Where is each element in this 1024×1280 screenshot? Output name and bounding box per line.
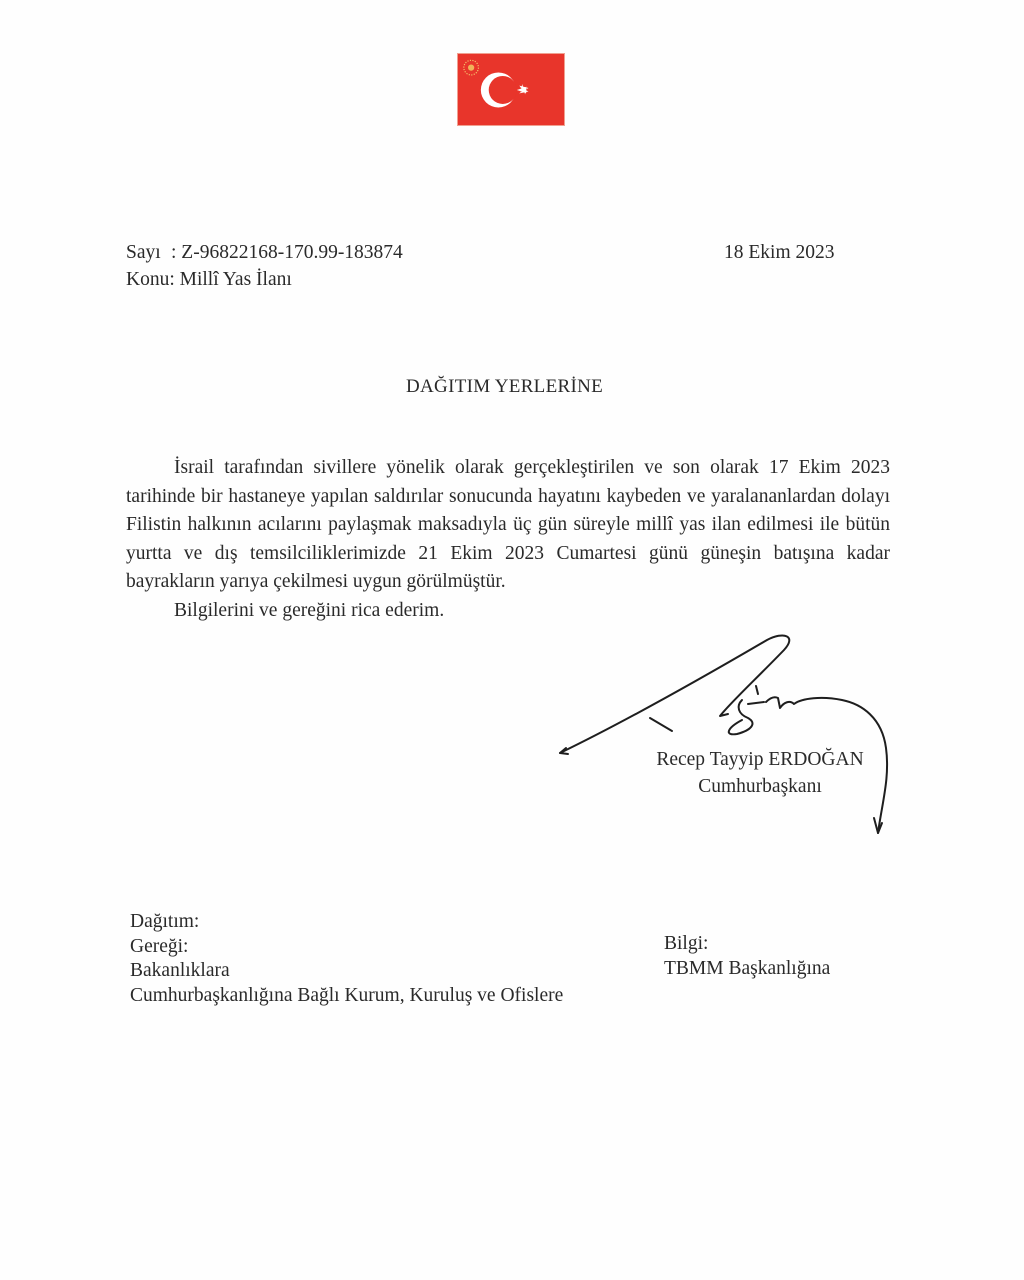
distribution-item: Cumhurbaşkanlığına Bağlı Kurum, Kuruluş … <box>130 984 563 1009</box>
closing-paragraph: Bilgilerini ve gereğini rica ederim. <box>126 597 890 626</box>
information-item: TBMM Başkanlığına <box>664 957 830 982</box>
bilgi-label: Bilgi: <box>664 932 830 957</box>
letter-body: İsrail tarafından sivillere yönelik olar… <box>126 454 890 625</box>
signature-graphic <box>552 628 902 843</box>
signatory-title: Cumhurbaşkanı <box>640 773 880 801</box>
distribution-item: Bakanlıklara <box>130 959 563 984</box>
sayi-value: : Z-96822168-170.99-183874 <box>171 242 403 263</box>
konu-value: : Millî Yas İlanı <box>169 269 291 290</box>
document-number: Sayı: Z-96822168-170.99-183874 <box>126 239 403 267</box>
konu-label: Konu <box>126 266 169 294</box>
body-paragraph: İsrail tarafından sivillere yönelik olar… <box>126 454 890 597</box>
document-subject: Konu: Millî Yas İlanı <box>126 266 292 294</box>
distribution-label: Dağıtım: <box>130 910 563 935</box>
sayi-label: Sayı <box>126 239 171 267</box>
information-list: Bilgi: TBMM Başkanlığına <box>664 932 830 981</box>
distribution-list: Dağıtım: Gereği: Bakanlıklara Cumhurbaşk… <box>130 910 563 1008</box>
gereği-label: Gereği: <box>130 935 563 960</box>
turkish-flag-emblem <box>457 53 565 126</box>
signatory-name: Recep Tayyip ERDOĞAN <box>640 746 880 774</box>
distribution-heading: DAĞITIM YERLERİNE <box>406 373 603 401</box>
document-date: 18 Ekim 2023 <box>724 239 835 267</box>
crescent-star-icon <box>458 54 564 125</box>
